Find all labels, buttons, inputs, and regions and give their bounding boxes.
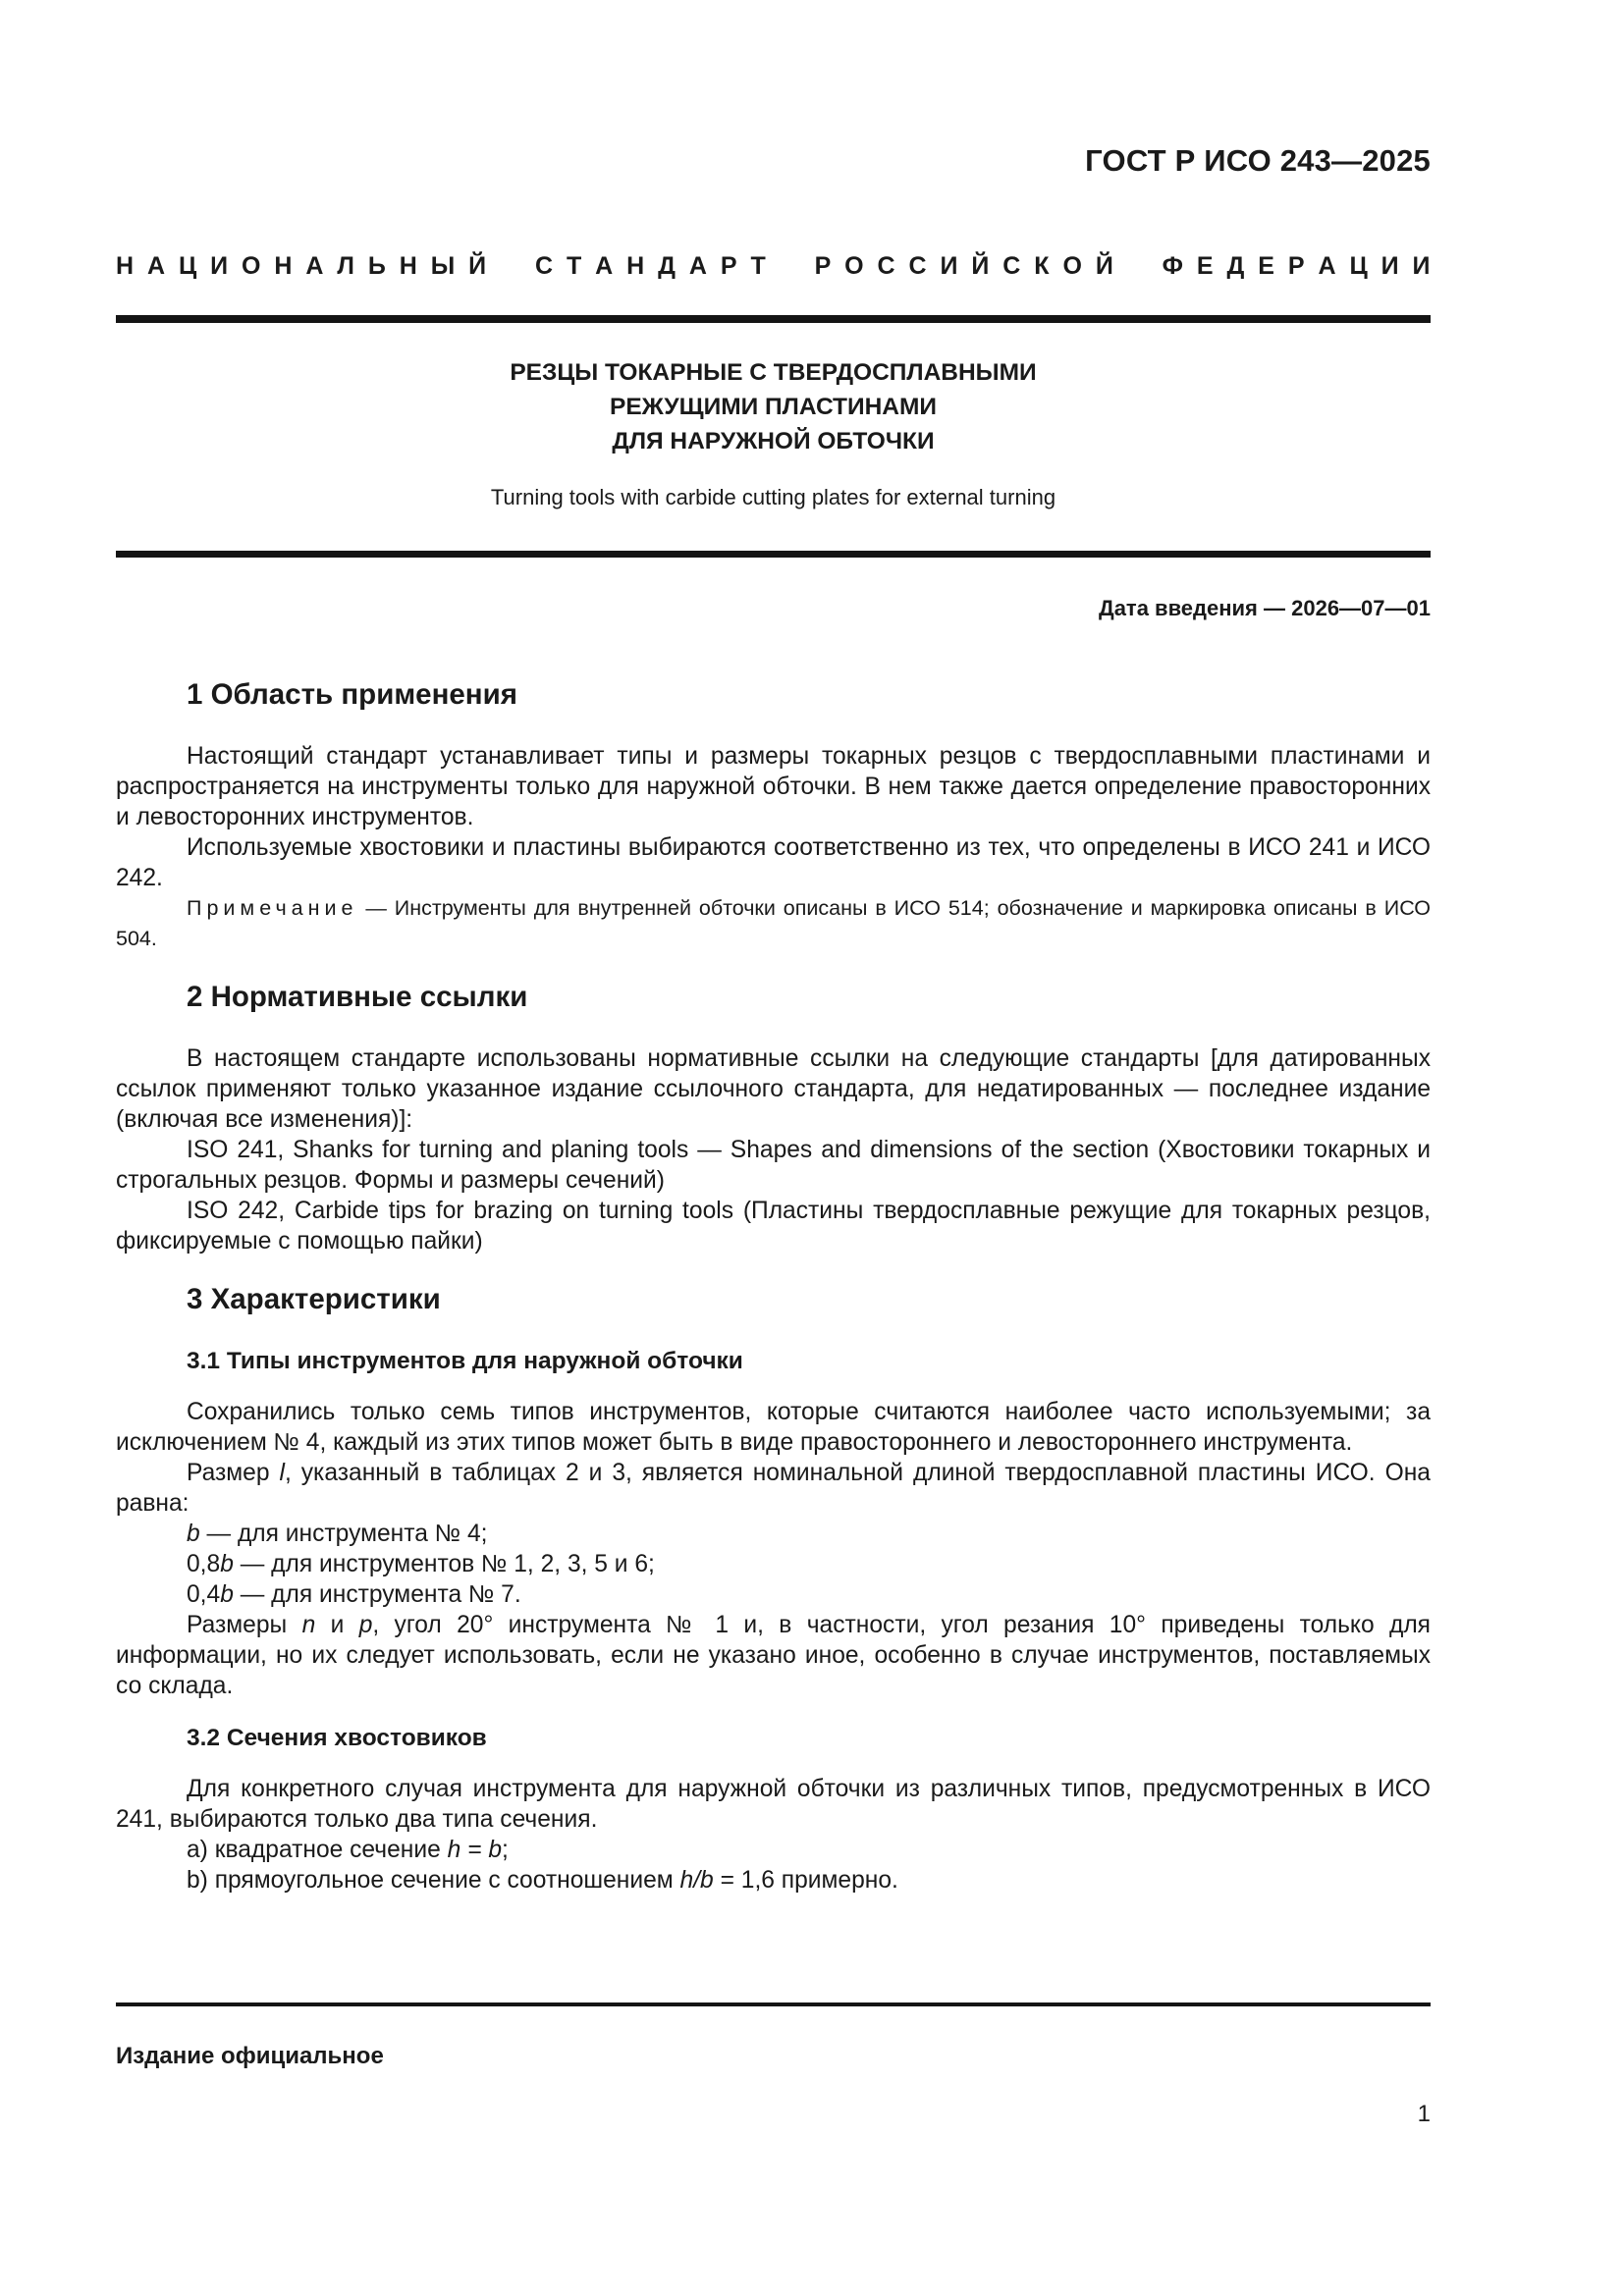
paragraph: Размеры n и p, угол 20° инструмента № 1 … [116,1610,1431,1701]
title-letter: К [1034,252,1049,281]
title-letter: О [1062,252,1081,281]
text: = 1,6 примерно. [714,1867,898,1894]
page-number: 1 [1418,2101,1431,2128]
title-letter: Й [971,252,989,281]
section-heading: 3 Характеристики [187,1280,1431,1319]
title-letter: Н [116,252,134,281]
title-letter: Д [658,252,676,281]
title-letter: Р [815,252,832,281]
paragraph: Размер l, указанный в таблицах 2 и 3, яв… [116,1458,1431,1519]
title-line: РЕЗЦЫ ТОКАРНЫЕ С ТВЕРДОСПЛАВНЫМИ [116,355,1431,390]
title-letter: А [1318,252,1335,281]
section-heading: 1 Область применения [187,675,1431,715]
document-title: РЕЗЦЫ ТОКАРНЫЕ С ТВЕРДОСПЛАВНЫМИ РЕЖУЩИМ… [116,355,1431,458]
title-letter: Д [1227,252,1245,281]
title-letter: И [941,252,958,281]
paragraph: Настоящий стандарт устанавливает типы и … [116,741,1431,832]
title-letter: А [147,252,165,281]
footer-rule [116,2002,1431,2006]
title-letter: А [595,252,613,281]
list-item: 0,4b — для инструмента № 7. [116,1579,1431,1610]
note-label: Примечание [187,896,357,920]
text: Размеры [187,1612,302,1638]
text: ; [502,1837,509,1863]
title-letter: Н [400,252,417,281]
word-gap [1127,252,1149,281]
title-letter: Ь [368,252,386,281]
title-letter: Й [1096,252,1113,281]
title-letter: А [689,252,707,281]
text: и [315,1612,358,1638]
title-letter: С [878,252,895,281]
note: Примечание — Инструменты для внутренней … [116,893,1431,954]
title-line: РЕЖУЩИМИ ПЛАСТИНАМИ [116,390,1431,424]
official-edition-label: Издание официальное [116,2043,384,2070]
document-number: ГОСТ Р ИСО 243—2025 [1085,143,1431,179]
text: , указанный в таблицах 2 и 3, является н… [116,1460,1431,1517]
title-letter: Ц [1349,252,1367,281]
text: 0,8 [187,1551,220,1577]
title-letter: Ф [1163,252,1183,281]
introduction-date: Дата введения — 2026—07—01 [1099,596,1431,621]
list-item: 0,8b — для инструментов № 1, 2, 3, 5 и 6… [116,1549,1431,1579]
paragraph: Для конкретного случая инструмента для н… [116,1774,1431,1835]
title-letter: Ц [179,252,196,281]
word-gap [780,252,801,281]
top-rule [116,315,1431,323]
text: Размер [187,1460,280,1486]
title-letter: Р [1288,252,1305,281]
paragraph: Используемые хвостовики и пластины выбир… [116,832,1431,893]
title-rule [116,551,1431,558]
reference-item: ISO 241, Shanks for turning and planing … [116,1135,1431,1196]
title-letter: О [242,252,260,281]
title-letter: Е [1197,252,1214,281]
title-letter: О [844,252,863,281]
variable: b [220,1581,234,1608]
text: прямоугольное сечение с соотношением [208,1867,680,1894]
title-letter: Т [567,252,581,281]
title-letter: И [1413,252,1431,281]
variable: p [359,1612,373,1638]
title-letter: Н [626,252,644,281]
formula: h/b [680,1867,714,1894]
title-letter: Н [274,252,292,281]
title-letter: Ы [431,252,455,281]
text: — для инструмента № 7. [234,1581,521,1608]
title-letter: С [909,252,927,281]
paragraph: Сохранились только семь типов инструмент… [116,1397,1431,1458]
title-letter: Л [337,252,354,281]
variable: b [220,1551,234,1577]
subsection-heading: 3.1 Типы инструментов для наружной обточ… [187,1346,1431,1377]
variable: b [187,1521,200,1547]
list-item: b — для инструмента № 4; [116,1519,1431,1549]
title-line: ДЛЯ НАРУЖНОЙ ОБТОЧКИ [116,424,1431,458]
text: — для инструмента № 4; [200,1521,488,1547]
title-letter: И [1381,252,1399,281]
paragraph: В настоящем стандарте использованы норма… [116,1043,1431,1135]
title-letter: Е [1258,252,1274,281]
title-letter: А [305,252,323,281]
title-letter: Й [468,252,486,281]
variable: n [302,1612,316,1638]
document-body: 1 Область применения Настоящий стандарт … [116,675,1431,1896]
subsection-heading: 3.2 Сечения хвостовиков [187,1723,1431,1754]
word-gap [500,252,521,281]
list-item-b: b) прямоугольное сечение с соотношением … [116,1865,1431,1896]
text: 0,4 [187,1581,220,1608]
formula: h = b [448,1837,502,1863]
national-standard-title: НАЦИОНАЛЬНЫЙСТАНДАРТРОССИЙСКОЙФЕДЕРАЦИИ [116,252,1431,281]
text: квадратное сечение [208,1837,448,1863]
title-letter: Р [721,252,737,281]
list-item-a: a) квадратное сечение h = b; [116,1835,1431,1865]
title-letter: И [210,252,228,281]
reference-item: ISO 242, Carbide tips for brazing on tur… [116,1196,1431,1256]
list-label: b) [187,1867,208,1894]
title-letter: С [535,252,553,281]
list-label: a) [187,1837,208,1863]
text: — для инструментов № 1, 2, 3, 5 и 6; [234,1551,655,1577]
english-title: Turning tools with carbide cutting plate… [116,485,1431,510]
section-heading: 2 Нормативные ссылки [187,978,1431,1017]
title-letter: Т [750,252,765,281]
title-letter: С [1002,252,1020,281]
